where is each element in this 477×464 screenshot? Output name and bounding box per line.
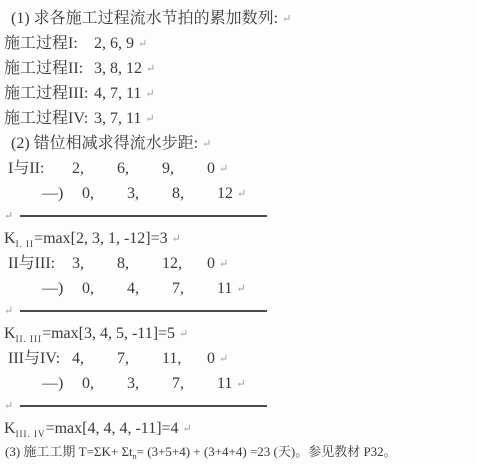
process-line-3: 施工过程III:4, 7, 11↵ <box>2 81 475 106</box>
subtrahend-value: 12 <box>217 185 233 202</box>
subtrahend-value: 0, <box>82 371 127 396</box>
k-subscript: I. II <box>16 239 35 249</box>
subtrahend-value: 7, <box>172 371 217 396</box>
k-expression: =max[4, 4, 4, -11]=4 <box>46 420 179 437</box>
process-line-2: 施工过程II:3, 8, 12↵ <box>2 56 475 81</box>
subtrahend-value: 7, <box>172 276 217 301</box>
pair-label: II与III: <box>8 251 72 276</box>
duration-formula-result: = (3+5+4) + (3+4+4) =23 (天)。参见教材 P32。 <box>137 444 397 459</box>
process-line-4: 施工过程IV:3, 7, 11↵ <box>2 106 475 131</box>
horizontal-rule <box>20 405 267 407</box>
subtraction-subtrahend-row-1: —)0,3,8,12↵ <box>2 181 475 206</box>
subtraction-rule-2: ↵ <box>2 301 475 321</box>
return-mark-icon: ↵ <box>145 113 154 125</box>
return-mark-icon: ↵ <box>146 63 155 75</box>
worked-solution-document: (1) 求各施工过程流水节拍的累加数列:↵ 施工过程I:2, 6, 9↵ 施工过… <box>0 0 477 463</box>
subtraction-minuend-row-3: III与IV:4,7,11,0↵ <box>2 346 475 371</box>
k-symbol: K <box>4 230 16 247</box>
subtrahend-value: 3, <box>127 181 172 206</box>
minuend-value: 0 <box>207 350 215 367</box>
return-mark-icon: ↵ <box>4 400 13 412</box>
return-mark-icon: ↵ <box>172 233 181 245</box>
k-symbol: K <box>4 420 16 437</box>
subtraction-rule-3: ↵ <box>2 396 475 416</box>
process-label: 施工过程III: <box>4 81 94 106</box>
subtrahend-value: 0, <box>82 276 127 301</box>
subtrahend-value: 3, <box>127 371 172 396</box>
process-values: 2, 6, 9 <box>94 35 134 52</box>
subtrahend-value: 11 <box>217 375 232 392</box>
pair-label: I与II: <box>8 156 72 181</box>
process-label: 施工过程IV: <box>4 106 94 131</box>
minuend-value: 7, <box>117 346 162 371</box>
process-label: 施工过程I: <box>4 31 94 56</box>
k-result-line-3: KIII. IV=max[4, 4, 4, -11]=4↵ <box>2 416 475 441</box>
minuend-value: 12, <box>162 251 207 276</box>
section2-heading: (2) 错位相减求得流水步距:↵ <box>2 131 475 156</box>
process-values: 3, 8, 12 <box>94 60 142 77</box>
process-label: 施工过程II: <box>4 56 94 81</box>
minuend-value: 0 <box>207 160 215 177</box>
minuend-value: 11, <box>162 346 207 371</box>
section1-heading: (1) 求各施工过程流水节拍的累加数列:↵ <box>2 6 475 31</box>
process-values: 4, 7, 11 <box>94 85 141 102</box>
return-mark-icon: ↵ <box>202 138 211 150</box>
subtraction-rule-1: ↵ <box>2 206 475 226</box>
return-mark-icon: ↵ <box>282 13 291 25</box>
section2-heading-text: (2) 错位相减求得流水步距: <box>11 135 198 152</box>
pair-label: III与IV: <box>8 346 72 371</box>
k-result-line-1: KI. II=max[2, 3, 1, -12]=3↵ <box>2 226 475 251</box>
minuend-value: 9, <box>162 156 207 181</box>
return-mark-icon: ↵ <box>138 38 147 50</box>
subtraction-minuend-row-1: I与II:2,6,9,0↵ <box>2 156 475 181</box>
horizontal-rule <box>20 310 267 312</box>
return-mark-icon: ↵ <box>219 258 228 270</box>
section3-duration-line: (3) 施工工期 T=ΣK+ Σtn= (3+5+4) + (3+4+4) =2… <box>2 441 475 463</box>
horizontal-rule <box>20 215 267 217</box>
return-mark-icon: ↵ <box>236 283 245 295</box>
minuend-value: 4, <box>72 346 117 371</box>
subtraction-minuend-row-2: II与III:3,8,12,0↵ <box>2 251 475 276</box>
minuend-value: 2, <box>72 156 117 181</box>
return-mark-icon: ↵ <box>4 210 13 222</box>
k-subscript: III. IV <box>16 429 46 439</box>
k-expression: =max[2, 3, 1, -12]=3 <box>34 230 168 247</box>
subtrahend-value: 0, <box>82 181 127 206</box>
minuend-value: 0 <box>207 255 215 272</box>
return-mark-icon: ↵ <box>236 378 245 390</box>
duration-formula-prefix: (3) 施工工期 T=ΣK+ Σt <box>5 444 133 459</box>
minus-operator: —) <box>42 276 82 301</box>
k-expression: =max[3, 4, 5, -11]=5 <box>42 325 175 342</box>
minus-operator: —) <box>42 181 82 206</box>
subtraction-subtrahend-row-3: —)0,3,7,11↵ <box>2 371 475 396</box>
return-mark-icon: ↵ <box>145 88 154 100</box>
process-values: 3, 7, 11 <box>94 110 141 127</box>
return-mark-icon: ↵ <box>4 305 13 317</box>
return-mark-icon: ↵ <box>219 353 228 365</box>
subtrahend-value: 4, <box>127 276 172 301</box>
minus-operator: —) <box>42 371 82 396</box>
process-line-1: 施工过程I:2, 6, 9↵ <box>2 31 475 56</box>
k-result-line-2: KII. III=max[3, 4, 5, -11]=5↵ <box>2 321 475 346</box>
return-mark-icon: ↵ <box>183 423 192 435</box>
subtrahend-value: 8, <box>172 181 217 206</box>
return-mark-icon: ↵ <box>237 188 246 200</box>
k-subscript: II. III <box>16 334 43 344</box>
subtrahend-value: 11 <box>217 280 232 297</box>
return-mark-icon: ↵ <box>179 328 188 340</box>
minuend-value: 3, <box>72 251 117 276</box>
subtraction-subtrahend-row-2: —)0,4,7,11↵ <box>2 276 475 301</box>
section1-heading-text: (1) 求各施工过程流水节拍的累加数列: <box>11 10 278 27</box>
minuend-value: 6, <box>117 156 162 181</box>
return-mark-icon: ↵ <box>219 163 228 175</box>
k-symbol: K <box>4 325 16 342</box>
minuend-value: 8, <box>117 251 162 276</box>
